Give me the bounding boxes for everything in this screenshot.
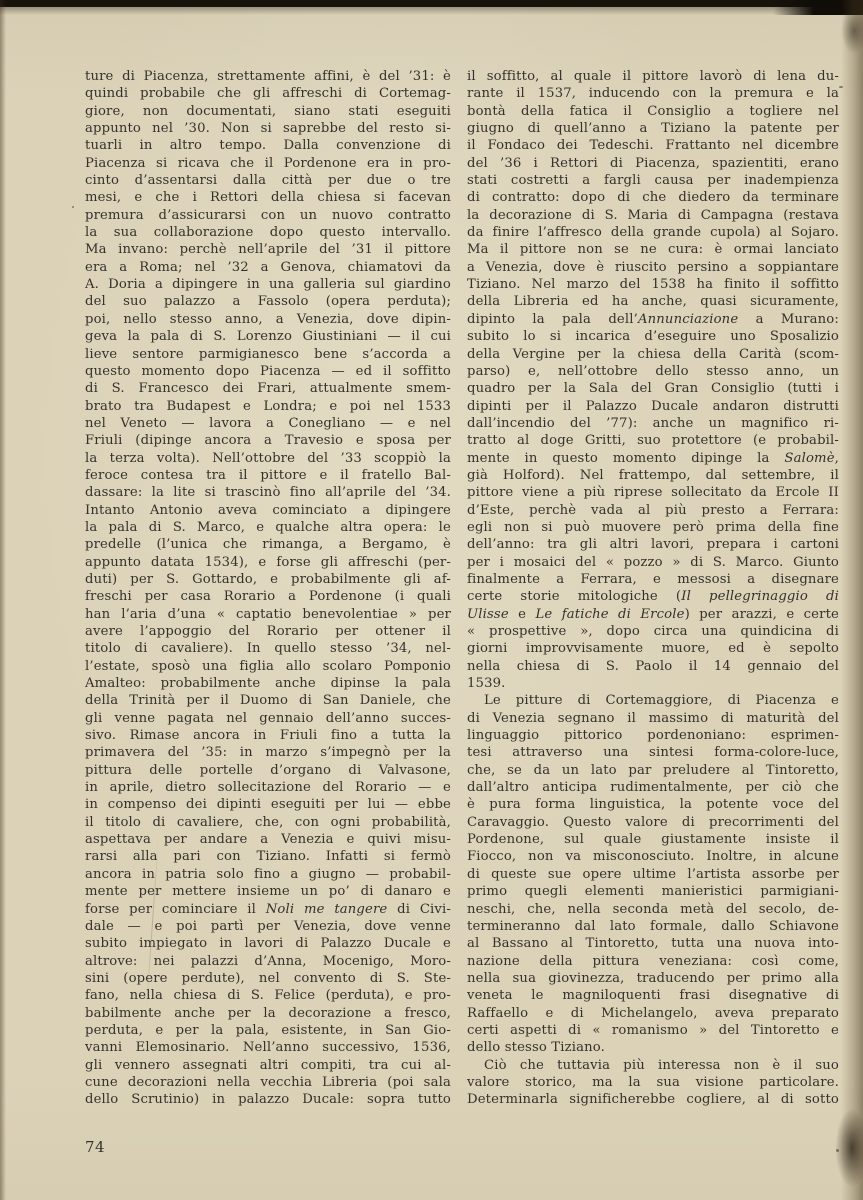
- text-line: della Trinità per il Duomo di San Daniel…: [85, 692, 451, 709]
- paper-speck: [72, 206, 74, 208]
- text-line: predelle (l’unica che rimanga, a Bergamo…: [85, 536, 451, 553]
- text-line: di S. Francesco dei Frari, attualmente s…: [85, 380, 451, 397]
- text-line: termineranno dal lato formale, dallo Sch…: [467, 918, 839, 935]
- text-line: ture di Piacenza, strettamente affini, è…: [85, 68, 451, 85]
- text-line: avere l’appoggio del Rorario per ottener…: [85, 623, 451, 640]
- text-line: fano, nella chiesa di S. Felice (perduta…: [85, 987, 451, 1004]
- text-line: titolo di cavaliere). In quello stesso ’…: [85, 640, 451, 657]
- text-line: di contratto: dopo di che diedero da ter…: [467, 189, 839, 206]
- page-number: 74: [85, 1138, 105, 1156]
- text-line: mente in questo momento dipinge la Salom…: [467, 450, 839, 467]
- text-line: « prospettive », dopo circa una quindici…: [467, 623, 839, 640]
- text-line: certe storie mitologiche (Il pellegrinag…: [467, 588, 839, 605]
- text-line: brato tra Budapest e Londra; e poi nel 1…: [85, 398, 451, 415]
- text-line: la sua collaborazione dopo questo interv…: [85, 224, 451, 241]
- text-line: dall’incendio del ’77): anche un magnifi…: [467, 415, 839, 432]
- text-line: dello stesso Tiziano.: [467, 1039, 839, 1056]
- text-line: la decorazione di S. Maria di Campagna (…: [467, 207, 839, 224]
- text-line: neschi, che, nella seconda metà del seco…: [467, 901, 839, 918]
- text-line: A. Doria a dipingere in una galleria sul…: [85, 276, 451, 293]
- text-line: di Venezia segnano il massimo di maturit…: [467, 710, 839, 727]
- text-line: giugno di quell’anno a Tiziano la patent…: [467, 120, 839, 137]
- text-line: dello Scrutinio) in palazzo Ducale: sopr…: [85, 1091, 451, 1108]
- text-line: ancora in patria solo fino a giugno — pr…: [85, 866, 451, 883]
- text-line: di queste sue opere ultime l’artista ass…: [467, 866, 839, 883]
- text-line: nazione della pittura veneziana: così co…: [467, 953, 839, 970]
- text-line: han l’aria d’una « captatio benevolentia…: [85, 606, 451, 623]
- text-line: in compenso dei dipinti eseguiti per lui…: [85, 796, 451, 813]
- text-line: gli vennero assegnati altri compiti, tra…: [85, 1057, 451, 1074]
- text-line: della Vergine per la chiesa della Carità…: [467, 346, 839, 363]
- text-line: subito impiegato in lavori di Palazzo Du…: [85, 935, 451, 952]
- text-line: del suo palazzo a Fassolo (opera perduta…: [85, 293, 451, 310]
- text-line: in aprile, dietro sollecitazione del Ror…: [85, 779, 451, 796]
- text-line: il titolo di cavaliere, che, con ogni pr…: [85, 814, 451, 831]
- text-line: la pala di S. Marco, e qualche altra ope…: [85, 519, 451, 536]
- text-line: forse per cominciare il Noli me tangere …: [85, 901, 451, 918]
- text-line: è pura forma linguistica, la potente voc…: [467, 796, 839, 813]
- text-line: aspettava per andare a Venezia e quivi m…: [85, 831, 451, 848]
- text-line: linguaggio pittorico pordenoniano: espri…: [467, 727, 839, 744]
- text-line: freschi per casa Rorario a Pordenone (i …: [85, 588, 451, 605]
- text-line: Piacenza si ricava che il Pordenone era …: [85, 155, 451, 172]
- scan-shadow-top-right: [841, 8, 863, 54]
- text-line: bontà della fatica il Consiglio a toglie…: [467, 103, 839, 120]
- text-line: del ’36 i Rettori di Piacenza, spazienti…: [467, 155, 839, 172]
- text-line: egli non si può muovere però prima della…: [467, 519, 839, 536]
- text-line: veneta le magniloquenti frasi disegnativ…: [467, 987, 839, 1004]
- text-line: primo quegli elementi manieristici parmi…: [467, 883, 839, 900]
- text-line: mesi, e che i Rettori della chiesa si fa…: [85, 189, 451, 206]
- text-line: nella chiesa di S. Paolo il 14 gennaio d…: [467, 658, 839, 675]
- text-line: rarsi alla pari con Tiziano. Infatti si …: [85, 848, 451, 865]
- text-line: finalmente a Ferrara, e messosi a disegn…: [467, 571, 839, 588]
- text-line: al Bassano al Tintoretto, tutta una nuov…: [467, 935, 839, 952]
- text-line: il soffitto, al quale il pittore lavorò …: [467, 68, 839, 85]
- text-line: geva la pala di S. Lorenzo Giustiniani —…: [85, 328, 451, 345]
- text-line: Amalteo: probabilmente anche dipinse la …: [85, 675, 451, 692]
- text-line: tuarli in altro tempo. Dalla convenzione…: [85, 137, 451, 154]
- text-line: Ma invano: perchè nell’aprile del ’31 il…: [85, 241, 451, 258]
- text-line: perduta, e per la pala, esistente, in Sa…: [85, 1022, 451, 1039]
- text-line: appunto datata 1534), e forse gli affres…: [85, 554, 451, 571]
- text-line: per i mosaici del « pozzo » di S. Marco.…: [467, 554, 839, 571]
- text-line: poi, nello stesso anno, a Venezia, dove …: [85, 311, 451, 328]
- text-line: cinto d’assentarsi dalla città per due o…: [85, 172, 451, 189]
- text-line: pittore viene a più riprese sollecitato …: [467, 484, 839, 501]
- left-text-column: ture di Piacenza, strettamente affini, è…: [85, 68, 451, 1109]
- text-line: rante il 1537, inducendo con la premura …: [467, 85, 839, 102]
- text-line: Tiziano. Nel marzo del 1538 ha finito il…: [467, 276, 839, 293]
- text-line: d’Este, perchè vada al più presto a Ferr…: [467, 502, 839, 519]
- text-line: dipinto la pala dell’Annunciazione a Mur…: [467, 311, 839, 328]
- text-line: Raffaello e di Michelangelo, aveva prepa…: [467, 1005, 839, 1022]
- text-line: sini (opere perdute), nel convento di S.…: [85, 970, 451, 987]
- text-line: Ciò che tuttavia più interessa non è il …: [467, 1057, 839, 1074]
- text-line: che, se da un lato par preludere al Tint…: [467, 762, 839, 779]
- text-line: giorni improvvisamente muore, ed è sepol…: [467, 640, 839, 657]
- text-line: dipinti per il Palazzo Ducale andaron di…: [467, 398, 839, 415]
- text-line: a Venezia, dove è riuscito persino a sop…: [467, 259, 839, 276]
- text-line: l’estate, sposò una figlia allo scolaro …: [85, 658, 451, 675]
- text-line: premura d’assicurarsi con un nuovo contr…: [85, 207, 451, 224]
- text-line: Intanto Antonio aveva cominciato a dipin…: [85, 502, 451, 519]
- text-line: mente per mettere insieme un po’ di dana…: [85, 883, 451, 900]
- text-line: altrove: nei palazzi d’Anna, Mocenigo, M…: [85, 953, 451, 970]
- text-line: la terza volta). Nell’ottobre del ’33 sc…: [85, 450, 451, 467]
- text-line: babilmente anche per la decorazione a fr…: [85, 1005, 451, 1022]
- scan-edge-right: [841, 0, 863, 1200]
- book-page: ture di Piacenza, strettamente affini, è…: [0, 0, 863, 1200]
- text-line: Determinarla significherebbe cogliere, a…: [467, 1091, 839, 1108]
- text-line: subito lo si incarica d’eseguire uno Spo…: [467, 328, 839, 345]
- paper-speck: [839, 86, 843, 88]
- text-line: tratto al doge Gritti, suo protettore (e…: [467, 432, 839, 449]
- text-line: era a Roma; nel ’32 a Genova, chiamatovi…: [85, 259, 451, 276]
- scan-shadow-bottom-right: [835, 1108, 863, 1188]
- text-line: dell’anno: tra gli altri lavori, prepara…: [467, 536, 839, 553]
- scan-edge-left: [0, 0, 6, 1200]
- text-line: Ulisse e Le fatiche di Ercole) per arazz…: [467, 606, 839, 623]
- paper-speck: [836, 1149, 839, 1152]
- text-line: dall’altro anticipa rudimentalmente, per…: [467, 779, 839, 796]
- right-text-column: il soffitto, al quale il pittore lavorò …: [467, 68, 839, 1109]
- text-line: feroce contesa tra il pittore e il frate…: [85, 467, 451, 484]
- text-line: tesi attraverso una sintesi forma-colore…: [467, 744, 839, 761]
- text-line: dale — e poi partì per Venezia, dove ven…: [85, 918, 451, 935]
- text-line: Ma il pittore non se ne cura: è ormai la…: [467, 241, 839, 258]
- text-line: valore storico, ma la sua visione partic…: [467, 1074, 839, 1091]
- text-line: Fiocco, non va misconosciuto. Inoltre, i…: [467, 848, 839, 865]
- text-line: dassare: la lite si trascinò fino all’ap…: [85, 484, 451, 501]
- text-line: primavera del ’35: in marzo s’impegnò pe…: [85, 744, 451, 761]
- text-line: Friuli (dipinge ancora a Travesio e spos…: [85, 432, 451, 449]
- text-line: 1539.: [467, 675, 839, 692]
- text-line: Caravaggio. Questo valore di precorrimen…: [467, 814, 839, 831]
- text-line: quindi probabile che gli affreschi di Co…: [85, 85, 451, 102]
- text-line: lieve sentore parmigianesco bene s’accor…: [85, 346, 451, 363]
- text-line: gli venne pagata nel gennaio dell’anno s…: [85, 710, 451, 727]
- text-line: vanni Elemosinario. Nell’anno successivo…: [85, 1039, 451, 1056]
- text-line: nel Veneto — lavora a Conegliano — e nel: [85, 415, 451, 432]
- scan-edge-top-shadow: [0, 7, 863, 15]
- text-line: già Holford). Nel frattempo, dal settemb…: [467, 467, 839, 484]
- scan-edge-top: [0, 0, 863, 7]
- text-line: pittura delle portelle d’organo di Valva…: [85, 762, 451, 779]
- text-line: il Fondaco dei Tedeschi. Frattanto nel d…: [467, 137, 839, 154]
- text-line: questo momento dopo Piacenza — ed il sof…: [85, 363, 451, 380]
- text-line: cune decorazioni nella vecchia Libreria …: [85, 1074, 451, 1091]
- text-line: stati costretti a fargli causa per inade…: [467, 172, 839, 189]
- text-line: Le pitture di Cortemaggiore, di Piacenza…: [467, 692, 839, 709]
- text-line: nella sua giovinezza, traducendo per pri…: [467, 970, 839, 987]
- text-line: parso) e, nell’ottobre dello stesso anno…: [467, 363, 839, 380]
- text-line: appunto nel ’30. Non si saprebbe del res…: [85, 120, 451, 137]
- text-line: quadro per la Sala del Gran Consiglio (t…: [467, 380, 839, 397]
- text-line: certi aspetti di « romanismo » del Tinto…: [467, 1022, 839, 1039]
- text-line: sivo. Rimase ancora in Friuli fino a tut…: [85, 727, 451, 744]
- text-line: della Libreria ed ha anche, quasi sicura…: [467, 293, 839, 310]
- text-line: giore, non documentati, siano stati eseg…: [85, 103, 451, 120]
- text-line: Pordenone, sul quale giustamente insiste…: [467, 831, 839, 848]
- text-line: duti) per S. Gottardo, e probabilmente g…: [85, 571, 451, 588]
- text-line: da finire l’affresco della grande cupola…: [467, 224, 839, 241]
